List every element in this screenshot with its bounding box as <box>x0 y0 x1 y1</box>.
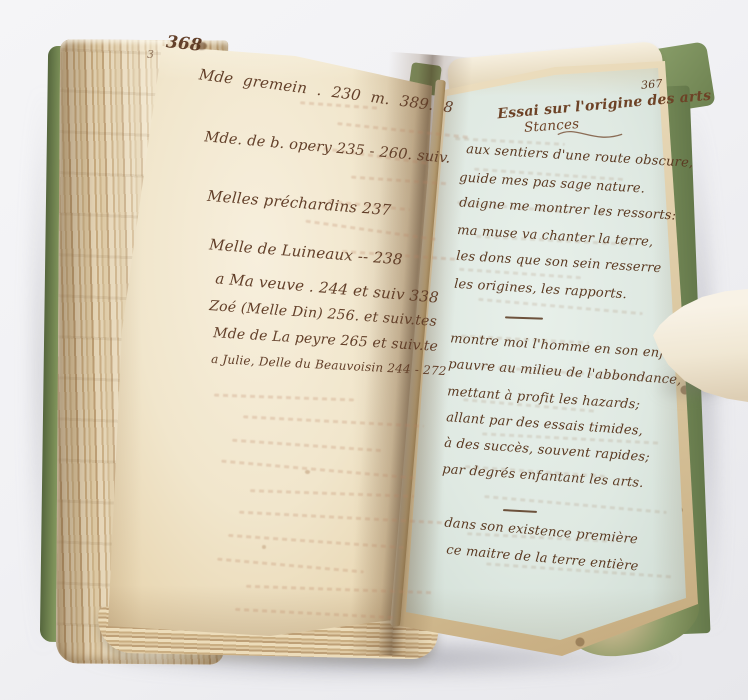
bleed-through-line <box>232 439 384 453</box>
bleed-through-line <box>463 398 597 413</box>
bleed-through-line <box>480 365 651 380</box>
bleed-through-line <box>228 534 404 549</box>
bleed-through-line <box>328 200 410 212</box>
bleed-through-line <box>455 137 565 146</box>
bleed-through-line <box>486 562 675 578</box>
bleed-through-line <box>214 394 354 402</box>
bleed-through-line <box>243 415 424 427</box>
bleed-through-line <box>217 558 364 574</box>
bleed-through-line <box>342 250 460 261</box>
foxing-spot <box>305 470 310 474</box>
bleed-through-line <box>459 268 581 280</box>
photo-background: 368 3 Mde gremein . 230 m. 389. 8 Mde. d… <box>0 0 748 700</box>
ink-blot <box>196 42 207 50</box>
bleed-through-line <box>337 122 470 139</box>
bleed-through-line <box>461 335 589 345</box>
bleed-through-line <box>305 220 439 242</box>
bleed-through-line <box>300 101 380 110</box>
foxing-spot <box>600 210 604 214</box>
bleed-through-line <box>465 465 605 478</box>
bleed-through-line <box>457 201 573 214</box>
bleed-through-line <box>314 146 429 165</box>
bleed-through-line <box>467 532 613 543</box>
bleed-through-line <box>239 511 444 525</box>
bleed-through-line <box>221 460 414 480</box>
bleed-through-line <box>351 176 450 186</box>
bleed-through-line <box>235 608 394 619</box>
bleed-through-line <box>482 432 659 444</box>
bleed-through-marks <box>0 0 748 700</box>
bleed-through-line <box>478 298 643 315</box>
bleed-through-line <box>250 489 414 498</box>
bleed-through-line <box>474 168 627 182</box>
foxing-spot <box>262 545 266 549</box>
bleed-through-line <box>476 235 635 246</box>
bleed-through-line <box>246 585 434 595</box>
